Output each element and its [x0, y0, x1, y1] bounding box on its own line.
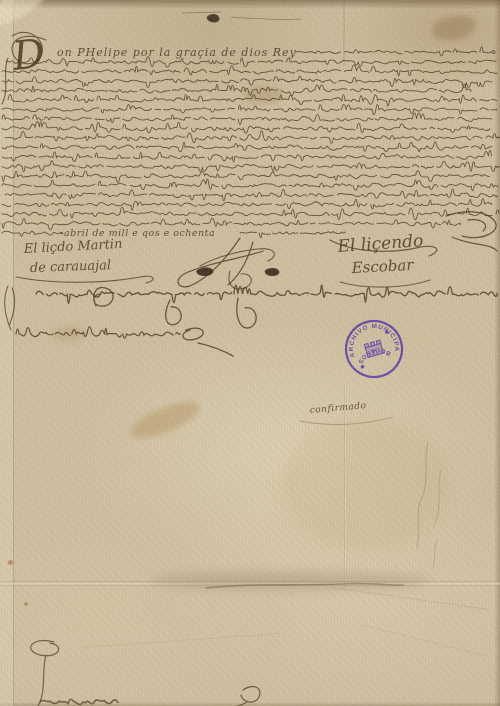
- archivist-annotation: confirmado: [309, 401, 367, 416]
- bottom-left-flourish: [31, 641, 59, 706]
- clerk-descender-loops: [166, 298, 256, 328]
- top-ink-blob: [207, 14, 219, 22]
- initial-letter: D: [9, 31, 47, 80]
- signature-left-line2: de carauajal: [30, 258, 112, 276]
- bottom-center-curl: [231, 686, 260, 706]
- script-line: [2, 151, 492, 163]
- script-line: [2, 199, 492, 211]
- script-line: [16, 327, 180, 339]
- script-line: [2, 113, 496, 125]
- signature-left-line1: El liçdo Martin: [22, 237, 122, 257]
- faint-vertical-note-2: [433, 470, 441, 568]
- spiral-rubric: [183, 328, 233, 356]
- left-signature-rubric: [16, 276, 153, 283]
- script-line: [5, 189, 497, 201]
- script-line: [2, 179, 498, 191]
- right-end-flourish: [446, 212, 497, 251]
- right-signature-rubric-2: [340, 280, 430, 287]
- dateline-text: abril de mill e qos e ochenta: [64, 228, 215, 239]
- script-line: [2, 231, 63, 236]
- signature-right-line1: El liçendo: [336, 231, 424, 257]
- stamp-dot-left: [360, 365, 364, 369]
- castle-emblem: [364, 340, 383, 357]
- script-line: [240, 231, 345, 237]
- archive-stamp: ARCHIVO MUNICIPAL BOLAÑOS: [341, 316, 407, 382]
- top-edge-scratches: [182, 12, 301, 19]
- script-line: [2, 207, 499, 220]
- handwriting-layer: [2, 12, 500, 706]
- manuscript-page: D on PHelipe por la graçia de dios Rey a…: [0, 0, 500, 706]
- faint-vertical-note-1: [417, 442, 428, 548]
- manuscript-artwork: D on PHelipe por la graçia de dios Rey a…: [0, 0, 500, 706]
- script-line: [8, 95, 497, 106]
- script-line: [2, 76, 492, 88]
- center-signature-stroke-1: [178, 238, 263, 287]
- script-line: [5, 131, 500, 144]
- script-line: [2, 104, 497, 114]
- script-line: [2, 65, 497, 76]
- script-line: [2, 122, 493, 134]
- script-line: [40, 699, 121, 704]
- script-line: [2, 142, 492, 152]
- crease-ink-smudge: [206, 583, 403, 588]
- margin-vertical-stroke: [5, 286, 15, 330]
- script-line: [296, 47, 495, 56]
- script-line: [2, 161, 500, 172]
- script-line: [2, 84, 471, 95]
- signature-ink-blob-2: [265, 268, 279, 276]
- opening-line-text: on PHelipe por la graçia de dios Rey: [57, 46, 297, 59]
- signature-right-line2: Escobar: [350, 256, 414, 277]
- annotation-underline: [300, 417, 393, 424]
